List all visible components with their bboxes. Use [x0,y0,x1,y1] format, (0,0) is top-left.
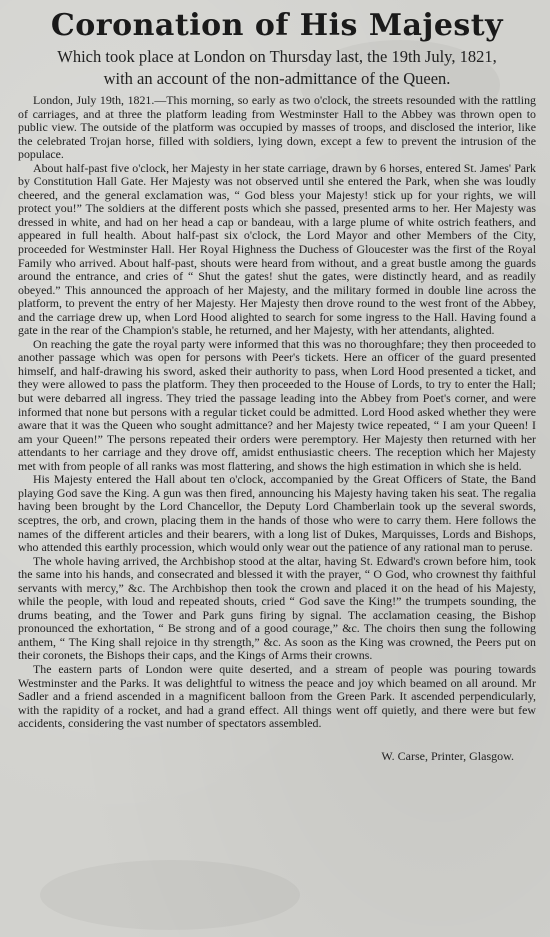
article-body: London, July 19th, 1821.—This morning, s… [18,94,536,731]
paragraph-london-scene: The eastern parts of London were quite d… [18,663,536,731]
paragraph-opening: London, July 19th, 1821.—This morning, s… [18,94,536,162]
paragraph-crowning: The whole having arrived, the Archbishop… [18,555,536,663]
subtitle-line-2: with an account of the non-admittance of… [18,70,536,88]
paragraph-refused-entry: On reaching the gate the royal party wer… [18,338,536,473]
paper-stain [40,860,300,930]
paragraph-king-enters: His Majesty entered the Hall about ten o… [18,473,536,554]
subtitle-line-1: Which took place at London on Thursday l… [18,48,536,66]
printer-imprint: W. Carse, Printer, Glasgow. [18,749,514,764]
broadside-page: Coronation of His Majesty Which took pla… [0,0,550,937]
paragraph-queen-arrival: About half-past five o'clock, her Majest… [18,162,536,338]
headline: Coronation of His Majesty [18,8,536,44]
